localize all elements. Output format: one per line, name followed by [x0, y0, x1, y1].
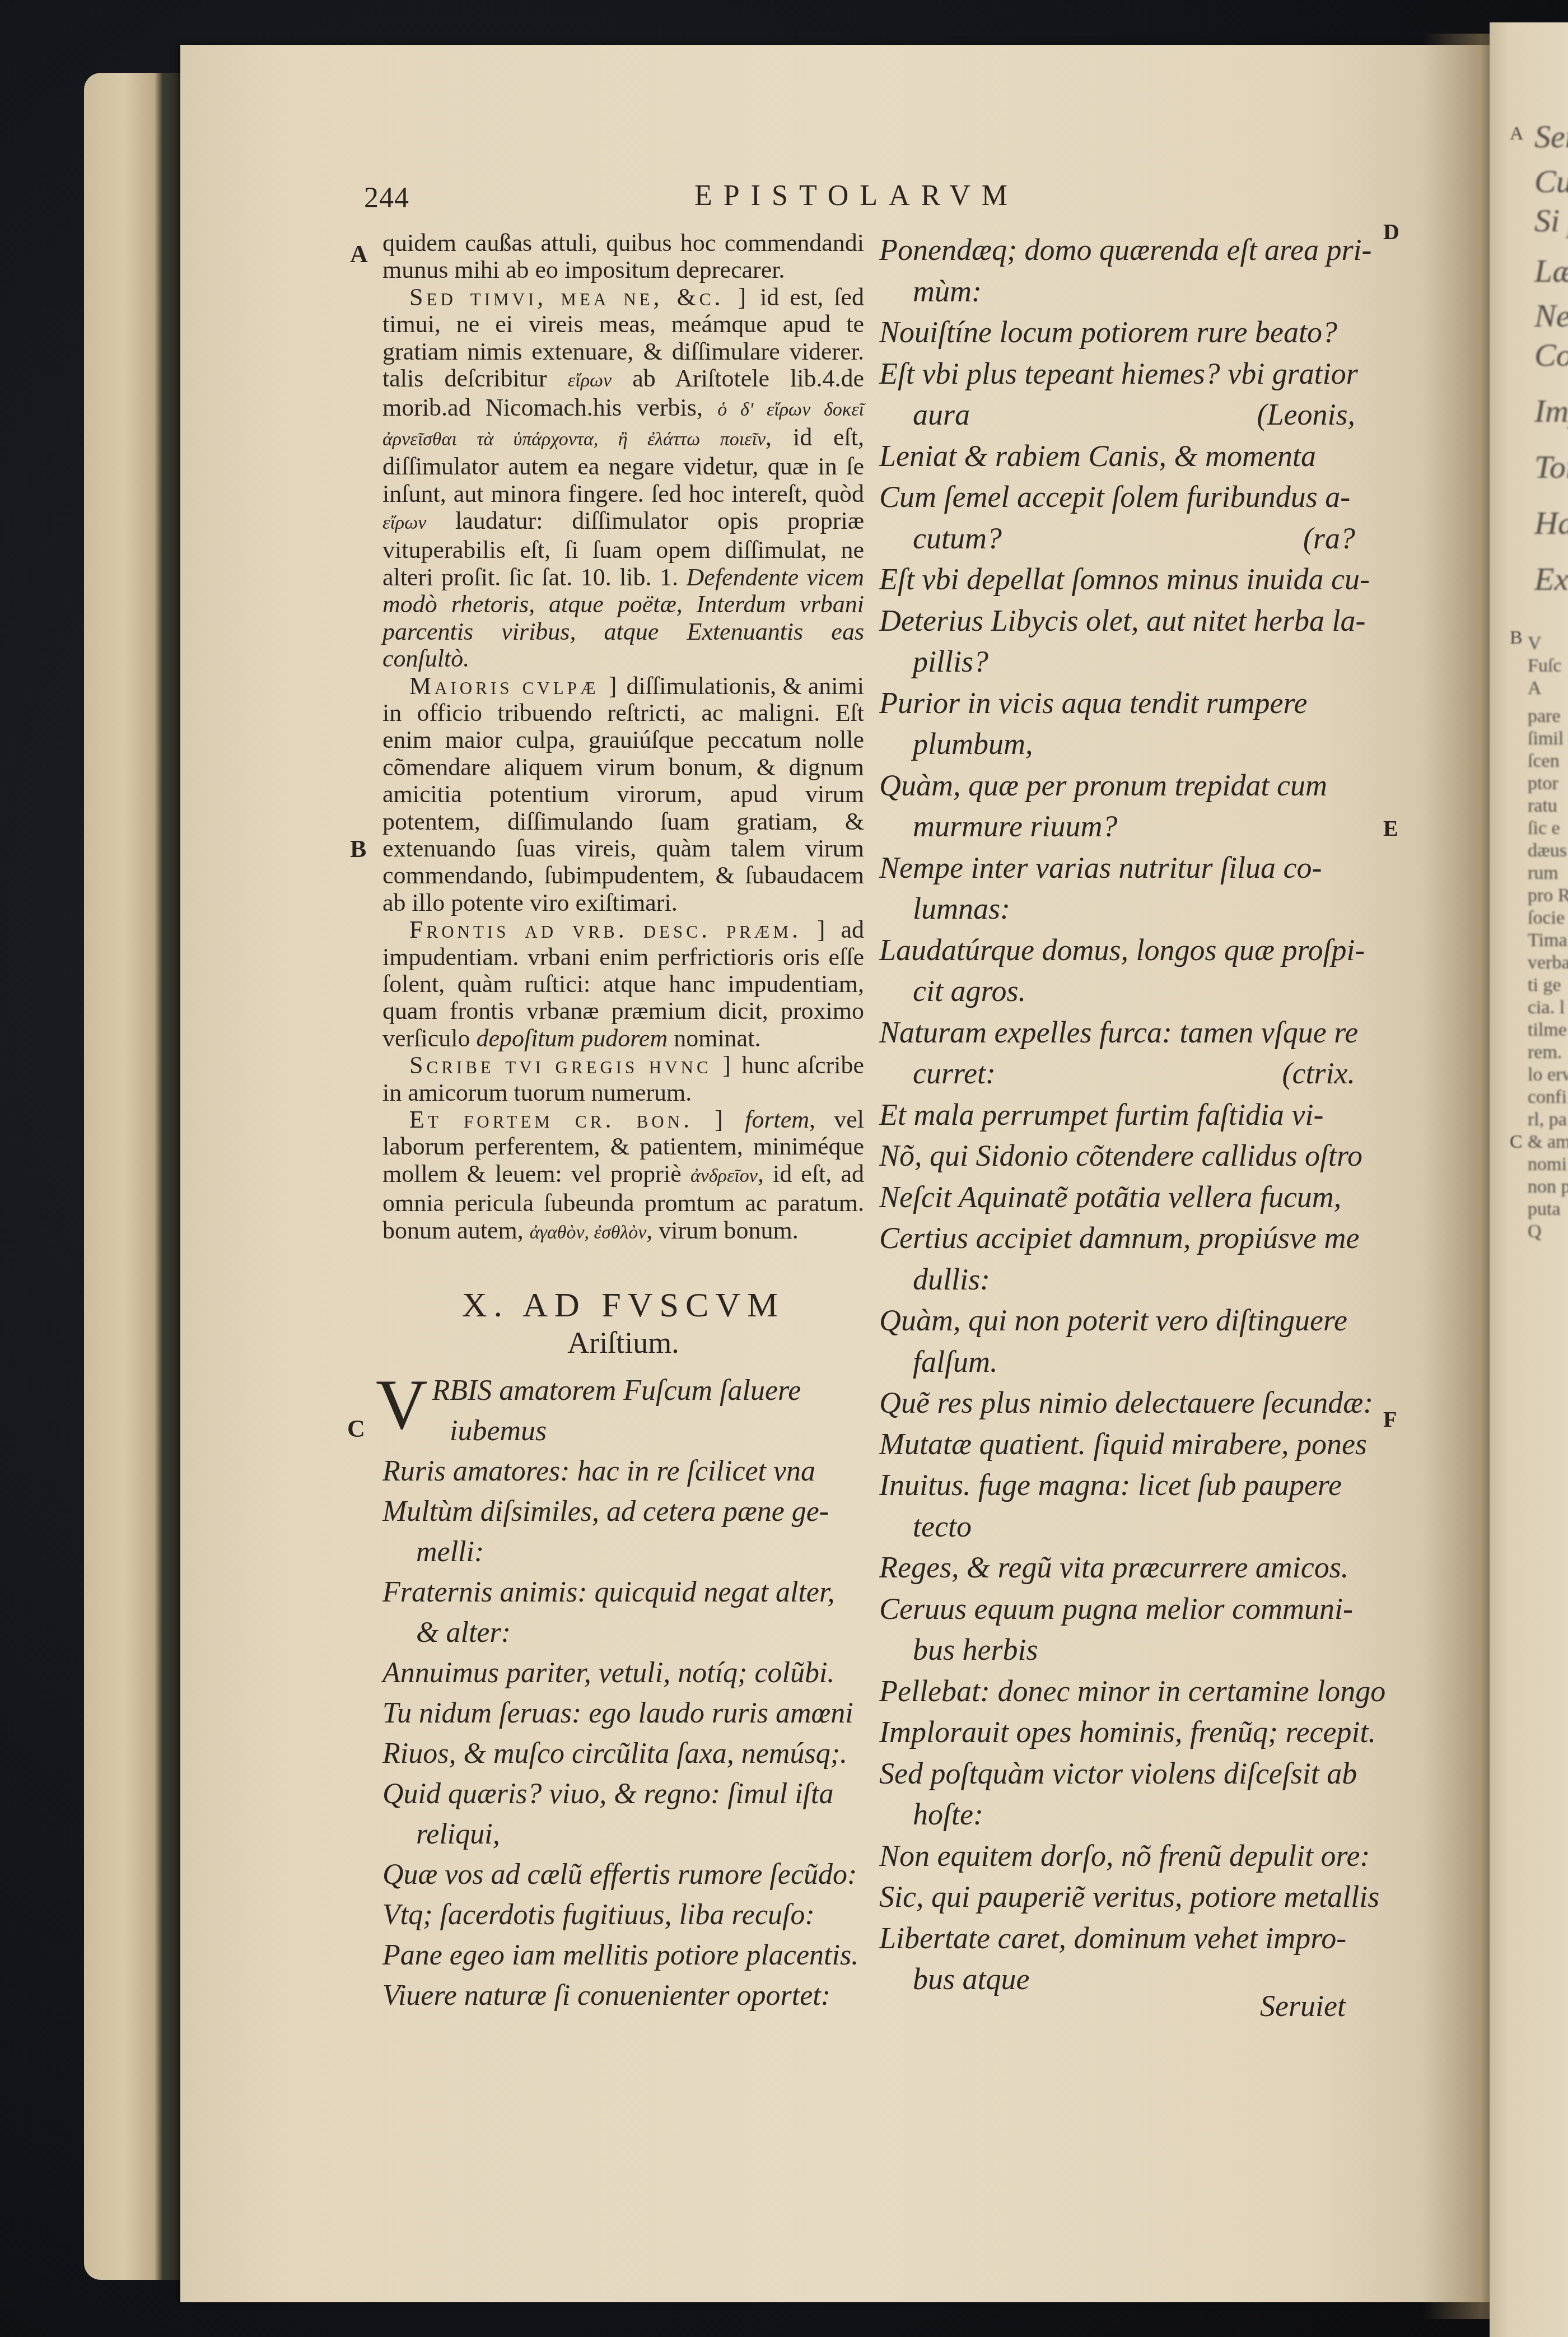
- margin-letter-c: C: [347, 1414, 365, 1443]
- verse-text: plumbum,: [913, 727, 1033, 761]
- verse-line: Sed poſtquàm victor violens diſceſsit ab: [879, 1753, 1372, 1795]
- verse-text: Purior in vicis aqua tendit rumpere: [879, 686, 1307, 720]
- verse-line: cit agros.: [879, 971, 1372, 1012]
- verse-text: Laudatúrque domus, longos quæ proſpi-: [879, 933, 1365, 967]
- facing-page-text: & am: [1528, 1132, 1568, 1153]
- verse-text: cutum?: [913, 522, 1002, 555]
- verse-line: Libertate caret, dominum vehet impro-: [879, 1918, 1372, 1959]
- facing-page-text: verba: [1528, 952, 1568, 974]
- facing-page-text: A: [1528, 678, 1542, 699]
- verse-line: Neſcit Aquinatẽ potãtia vellera fucum,: [879, 1177, 1372, 1218]
- verse-line: bus herbis: [879, 1630, 1372, 1671]
- verse-line: lumnas:: [879, 888, 1372, 930]
- book-fore-edge: [84, 73, 185, 2280]
- facing-page-text: Fuſc: [1528, 655, 1561, 677]
- gutter-shadow: [1422, 34, 1495, 2319]
- left-column: quidem caußas attuli, quibus hoc commend…: [382, 230, 864, 2016]
- verse-text: Inuitus. fuge magna: licet ſub paupere: [879, 1468, 1342, 1502]
- verse-line: Annuimus pariter, vetuli, notíq; colũbi.: [382, 1653, 864, 1693]
- facing-margin-letter: B: [1510, 627, 1523, 649]
- facing-page-text: rum: [1528, 863, 1558, 884]
- quotation: fortem: [745, 1106, 809, 1133]
- greek-text: ἀνδρεῖον: [690, 1166, 758, 1186]
- facing-page-text: ratu: [1528, 795, 1557, 817]
- commentary-text: quidem caußas attuli, quibus hoc commend…: [382, 229, 864, 283]
- commentary-paragraph: Scribe tvi gregis hvnc ] hunc aſcribe in…: [382, 1052, 864, 1106]
- verse-line: curret:(ctrix.: [879, 1053, 1372, 1095]
- verse-line: murmure riuum?: [879, 806, 1372, 848]
- verse-text: Sed poſtquàm victor violens diſceſsit ab: [879, 1757, 1357, 1790]
- facing-margin-letter: A: [1510, 123, 1524, 145]
- page-number: 244: [364, 181, 409, 215]
- facing-page-text: ſocie: [1528, 907, 1565, 929]
- facing-page-text: Imp: [1534, 392, 1568, 430]
- verse-text: Leniat & rabiem Canis, & momenta: [879, 439, 1316, 473]
- verse-text: mùm:: [913, 274, 982, 308]
- facing-margin-letter: C: [1510, 1132, 1523, 1153]
- verse-line: VRBIS amatorem Fuſcum ſaluere: [382, 1371, 864, 1411]
- facing-page-text: ptor: [1528, 773, 1558, 794]
- runover-text: (ctrix.: [1282, 1053, 1355, 1095]
- verse-text: Nouiſtíne locum potiorem rure beato?: [879, 315, 1337, 349]
- facing-page-text: Tor: [1534, 448, 1568, 486]
- facing-page-text: Exc: [1534, 560, 1568, 598]
- verse-line: Purior in vicis aqua tendit rumpere: [879, 683, 1372, 724]
- facing-page-text: V: [1528, 633, 1542, 654]
- verse-line: Inuitus. fuge magna: licet ſub paupere: [879, 1465, 1372, 1506]
- verse-line: Reges, & regũ vita præcurrere amicos.: [879, 1547, 1372, 1589]
- running-title: EPISTOLARVM: [694, 179, 1019, 212]
- margin-letter-d: D: [1383, 218, 1399, 245]
- verse-line: Nõ, qui Sidonio cõtendere callidus oſtro: [879, 1135, 1372, 1177]
- facing-page-text: confi: [1528, 1087, 1567, 1108]
- verse-line: Ceruus equum pugna melior communi-: [879, 1589, 1372, 1630]
- verse-line: Mutatæ quatient. ſiquid mirabere, pones: [879, 1424, 1372, 1465]
- commentary-paragraph: Maioris cvlpæ ] diſſimulationis, & animi…: [382, 673, 864, 917]
- lemma: Et fortem cr. bon. ]: [409, 1106, 726, 1133]
- verse-text: Quàm, qui non poterit vero diſtinguere: [879, 1303, 1347, 1337]
- verse-line: plumbum,: [879, 724, 1372, 765]
- verse-line: Certius accipiet damnum, propiúsve me: [879, 1218, 1372, 1259]
- verse-line: Eſt vbi depellat ſomnos minus inuida cu-: [879, 559, 1372, 600]
- verse-line: Fraternis animis: quicquid negat alter,: [382, 1572, 864, 1613]
- facing-page-text: rem.: [1528, 1042, 1562, 1063]
- verse-line: Cum ſemel accepit ſolem furibundus a-: [879, 477, 1372, 518]
- facing-page-text: ſic e: [1528, 818, 1560, 839]
- verse-block-left: VRBIS amatorem Fuſcum ſaluere iubemus Ru…: [382, 1371, 864, 2016]
- verse-line: falſum.: [879, 1342, 1372, 1383]
- verse-line: mùm:: [879, 271, 1372, 313]
- verse-line: Multùm diſsimiles, ad cetera pæne ge-: [382, 1492, 864, 1532]
- verse-line: Laudatúrque domus, longos quæ proſpi-: [879, 930, 1372, 971]
- verse-text: Neſcit Aquinatẽ potãtia vellera fucum,: [879, 1180, 1341, 1214]
- running-head: 244 EPISTOLARVM: [364, 179, 1417, 218]
- verse-line: Non equitem dorſo, nõ frenũ depulit ore:: [879, 1836, 1372, 1877]
- verse-text: Eſt vbi plus tepeant hiemes? vbi gratior: [879, 357, 1358, 390]
- verse-text: pillis?: [913, 645, 988, 678]
- runover-text: (Leonis,: [1257, 394, 1356, 436]
- facing-page-text: Ser: [1534, 118, 1568, 155]
- verse-line: Implorauit opes hominis, frenũq; recepit…: [879, 1712, 1372, 1753]
- verse-text: murmure riuum?: [913, 809, 1118, 843]
- verse-text: curret:: [913, 1056, 996, 1090]
- verse-text: tecto: [913, 1510, 972, 1543]
- margin-letter-a: A: [350, 240, 368, 268]
- verse-line: Deterius Libycis olet, aut nitet herba l…: [879, 600, 1372, 642]
- commentary-paragraph: Frontis ad vrb. desc. præm. ] ad impuden…: [382, 916, 864, 1052]
- verse-text: Certius accipiet damnum, propiúsve me: [879, 1221, 1359, 1255]
- verse-text: Quẽ res plus nimio delectauere ſecundæ:: [879, 1386, 1373, 1419]
- runover-text: (ra?: [1303, 518, 1355, 560]
- verse-line: iubemus: [382, 1411, 864, 1451]
- verse-line: Quàm, quæ per pronum trepidat cum: [879, 765, 1372, 807]
- verse-line: aura(Leonis,: [879, 394, 1372, 436]
- facing-page-text: lo erw: [1528, 1064, 1568, 1086]
- quotation: depoſitum pudorem: [476, 1025, 668, 1052]
- verse-line: Ruris amatores: hac in re ſcilicet vna: [382, 1451, 864, 1492]
- facing-page-text: nomi: [1528, 1154, 1567, 1175]
- verse-text: Non equitem dorſo, nõ frenũ depulit ore:: [879, 1839, 1370, 1873]
- facing-page-text: cia. l: [1528, 997, 1565, 1018]
- verse-text: Ceruus equum pugna melior communi-: [879, 1592, 1353, 1626]
- verse-text: lumnas:: [913, 892, 1010, 925]
- verse-text: falſum.: [913, 1345, 998, 1379]
- lemma: Scribe tvi gregis hvnc ]: [409, 1051, 734, 1079]
- verse-line: pillis?: [879, 641, 1372, 683]
- verse-text: Eſt vbi depellat ſomnos minus inuida cu-: [879, 562, 1370, 596]
- epistle-title: X. AD FVSCVM Ariſtium.: [382, 1286, 864, 1361]
- verse-text: bus herbis: [913, 1633, 1038, 1666]
- verse-line: Quæ vos ad cælũ effertis rumore ſecũdo:: [382, 1855, 864, 1895]
- verse-line: dullis:: [879, 1259, 1372, 1301]
- verse-text: Naturam expelles furca: tamen vſque re: [879, 1016, 1358, 1049]
- facing-page-text: Tima: [1528, 930, 1567, 951]
- verse-text: aura: [913, 398, 970, 431]
- facing-page-text: tilme: [1528, 1019, 1567, 1041]
- margin-letter-f: F: [1383, 1406, 1397, 1432]
- lemma: Maioris cvlpæ ]: [409, 672, 620, 700]
- verse-line: reliqui,: [382, 1814, 864, 1855]
- verse-text: Reges, & regũ vita præcurrere amicos.: [879, 1551, 1348, 1584]
- verse-text: Cum ſemel accepit ſolem furibundus a-: [879, 480, 1350, 514]
- margin-letter-b: B: [350, 835, 366, 863]
- commentary-text: , virum bonum.: [646, 1217, 798, 1244]
- facing-page-text: pare: [1528, 706, 1561, 727]
- verse-line: Naturam expelles furca: tamen vſque re: [879, 1012, 1372, 1054]
- verse-line: Eſt vbi plus tepeant hiemes? vbi gratior: [879, 353, 1372, 395]
- verse-line: Viuere naturæ ſi conuenienter oportet:: [382, 1976, 864, 2016]
- facing-page-text: Si p: [1534, 202, 1568, 239]
- verse-text: Quàm, quæ per pronum trepidat cum: [879, 769, 1327, 802]
- commentary-text: nominat.: [674, 1025, 760, 1052]
- verse-text: Nõ, qui Sidonio cõtendere callidus oſtro: [879, 1139, 1362, 1172]
- verse-line: Leniat & rabiem Canis, & momenta: [879, 436, 1372, 477]
- verse-text: Mutatæ quatient. ſiquid mirabere, pones: [879, 1427, 1367, 1461]
- verse-line: Quẽ res plus nimio delectauere ſecundæ:: [879, 1382, 1372, 1424]
- commentary-paragraph: quidem caußas attuli, quibus hoc commend…: [382, 230, 864, 284]
- verse-line: & alter:: [382, 1613, 864, 1653]
- verse-line: hoſte:: [879, 1794, 1372, 1836]
- verse-line: Riuos, & muſco circũlita ſaxa, nemúsq;.: [382, 1734, 864, 1774]
- verse-line: Nempe inter varias nutritur ſilua co-: [879, 848, 1372, 889]
- greek-text: ἀγαθὸν, ἐσθλὸν: [530, 1222, 647, 1243]
- verse-text: Nempe inter varias nutritur ſilua co-: [879, 851, 1322, 884]
- verse-text: Ponendæq; domo quærenda eſt area pri-: [879, 233, 1371, 267]
- verse-line: tecto: [879, 1506, 1372, 1548]
- verse-line: Quid quæris? viuo, & regno: ſimul iſta: [382, 1774, 864, 1814]
- verse-text: Sic, qui pauperiẽ veritus, potiore metal…: [879, 1880, 1379, 1914]
- verse-text: Deterius Libycis olet, aut nitet herba l…: [879, 604, 1365, 637]
- facing-page-text: pro R: [1528, 885, 1568, 906]
- facing-page-text: Cog: [1534, 336, 1568, 374]
- verse-text: Libertate caret, dominum vehet impro-: [879, 1921, 1346, 1955]
- commentary-text: diſſimulationis, & animi in officio trib…: [382, 672, 864, 916]
- verse-text: Implorauit opes hominis, frenũq; recepit…: [879, 1715, 1376, 1749]
- verse-line: Quàm, qui non poterit vero diſtinguere: [879, 1300, 1372, 1342]
- verse-line: melli:: [382, 1532, 864, 1572]
- margin-letter-e: E: [1383, 815, 1398, 841]
- facing-page-text: dæus: [1528, 840, 1567, 862]
- commentary-paragraph: Sed timvi, mea ne, &c. ] id est, ſed tim…: [382, 284, 864, 673]
- facing-page-text: Læ: [1534, 252, 1568, 290]
- verse-line: Pellebat: donec minor in certamine longo: [879, 1671, 1372, 1712]
- verse-line: Et mala perrumpet furtim faſtidia vi-: [879, 1095, 1372, 1136]
- catchword: Seruiet: [1260, 1989, 1346, 2023]
- facing-page-text: Cu: [1534, 162, 1568, 200]
- verse-line: cutum?(ra?: [879, 518, 1372, 560]
- epistle-title-main: X. AD FVSCVM: [382, 1286, 864, 1325]
- verse-line: Sic, qui pauperiẽ veritus, potiore metal…: [879, 1877, 1372, 1918]
- facing-page-text: ſcen: [1528, 751, 1560, 772]
- verse-text: cit agros.: [913, 974, 1026, 1008]
- verse-line: Tu nidum ſeruas: ego laudo ruris amœni: [382, 1693, 864, 1734]
- facing-page-text: non p: [1528, 1176, 1568, 1198]
- facing-page-text: rl, pa: [1528, 1109, 1567, 1130]
- greek-text: εἴρων: [568, 370, 612, 391]
- verse-line: Vtq; ſacerdotis fugitiuus, liba recuſo:: [382, 1895, 864, 1935]
- verse-text: Pellebat: donec minor in certamine longo: [879, 1674, 1385, 1708]
- verse-line: Pane egeo iam mellitis potiore placentis…: [382, 1935, 864, 1976]
- epistle-title-sub: Ariſtium.: [382, 1325, 864, 1361]
- facing-page-text: ſimil: [1528, 728, 1564, 749]
- facing-page-text: Ha: [1534, 504, 1568, 542]
- commentary-paragraph: Et fortem cr. bon. ] fortem, vel laborum…: [382, 1106, 864, 1246]
- verse-text: bus atque: [913, 1962, 1030, 1996]
- lemma: Frontis ad vrb. desc. præm. ]: [409, 916, 829, 943]
- verse-text: dullis:: [913, 1263, 990, 1296]
- right-column: Ponendæq; domo quærenda eſt area pri-mùm…: [879, 230, 1372, 2000]
- facing-page-text: ti ge: [1528, 975, 1561, 996]
- facing-page-text: puta: [1528, 1199, 1561, 1220]
- facing-page-fragment: SerCuSi pLæNeCogImpTorHaExcVFuſcApareſim…: [1490, 22, 1568, 2337]
- lemma: Sed timvi, mea ne, &c. ]: [409, 283, 749, 311]
- facing-page-text: Ne: [1534, 297, 1568, 334]
- verse-text: hoſte:: [913, 1798, 983, 1831]
- greek-text: εἴρων: [382, 513, 426, 533]
- verse-line: Nouiſtíne locum potiorem rure beato?: [879, 312, 1372, 353]
- verse-line: Ponendæq; domo quærenda eſt area pri-: [879, 230, 1372, 271]
- facing-page-text: Q: [1528, 1221, 1542, 1242]
- verse-text: RBIS amatorem Fuſcum ſaluere: [432, 1375, 801, 1407]
- verse-text: Et mala perrumpet furtim faſtidia vi-: [879, 1098, 1323, 1132]
